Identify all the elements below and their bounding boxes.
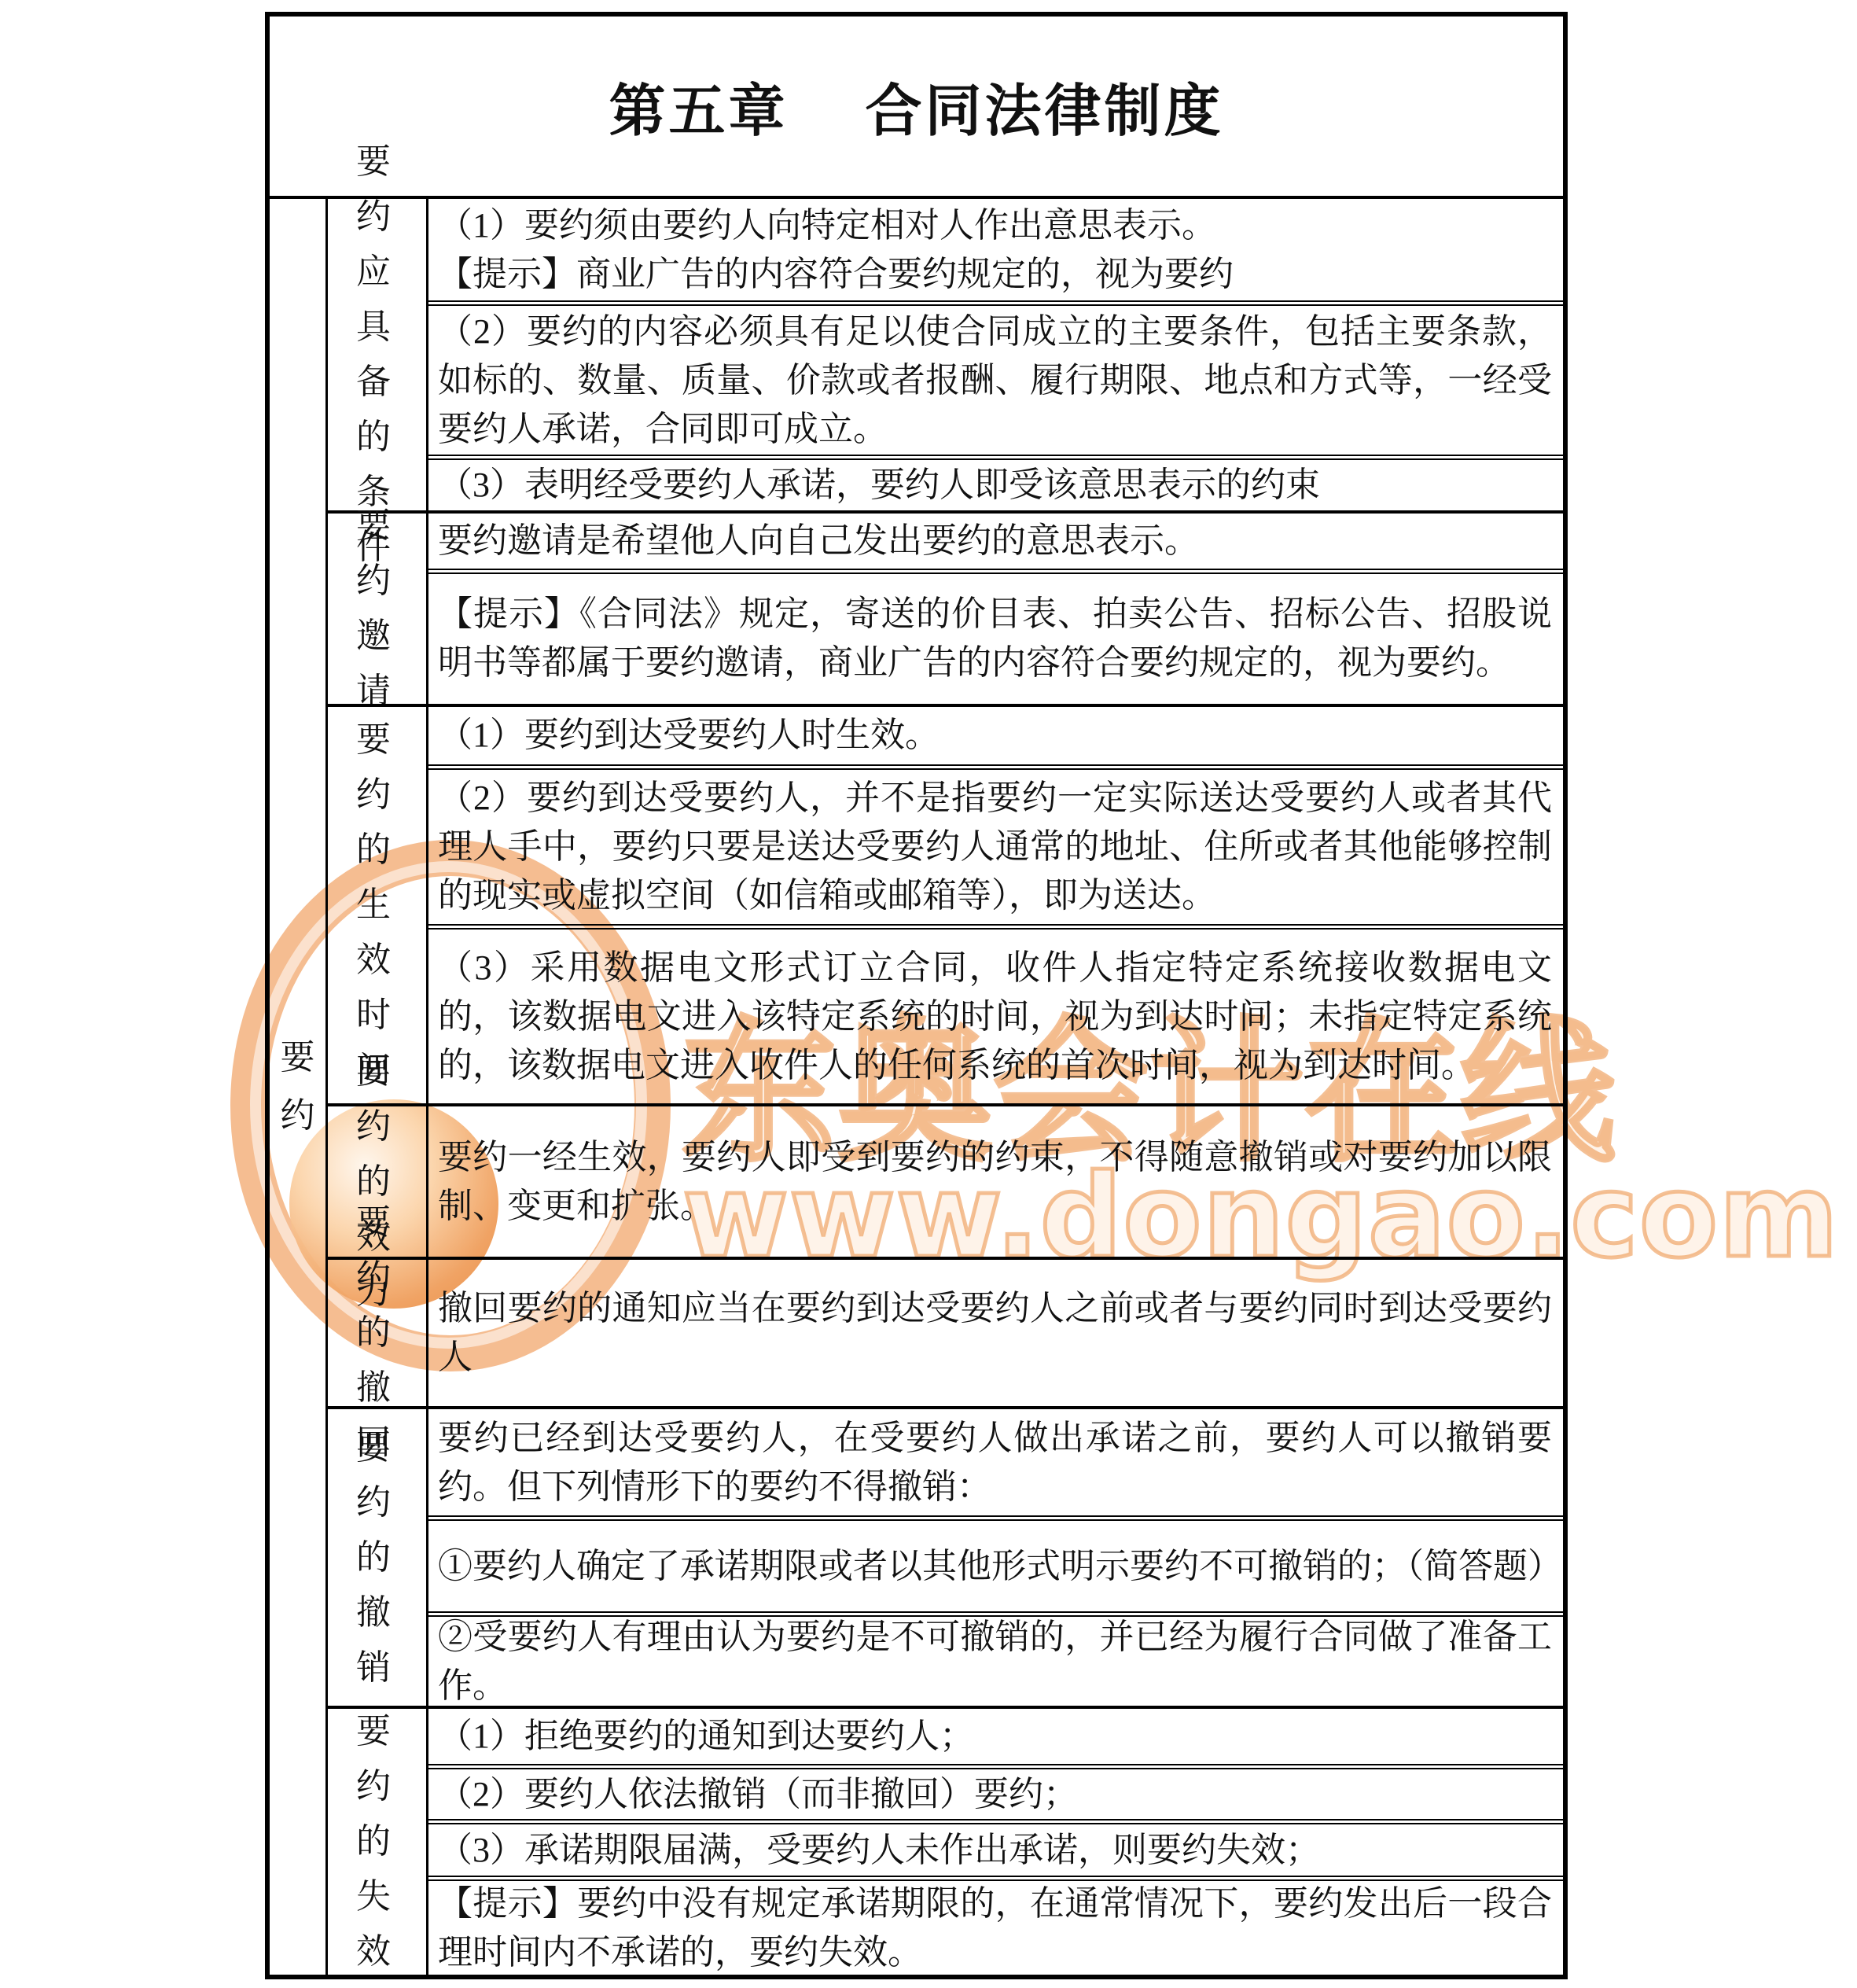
section-content: 要约邀请是希望他人向自己发出要约的意思表示。 【提示】《合同法》规定，寄送的价目…	[428, 514, 1563, 704]
page: 东奥会计在线 www.dongao.com 第五章 合同法律制度 要约 要约应具…	[0, 0, 1857, 1988]
section-label-cell: 要约应具备的条件	[328, 199, 428, 510]
section-content: （1）要约须由要约人向特定相对人作出意思表示。 【提示】商业广告的内容符合要约规…	[428, 199, 1563, 510]
cell-text: ②受要约人有理由认为要约是不可撤销的，并已经为履行合同做了准备工作。	[438, 1613, 1552, 1710]
row-group-label: 要约	[280, 1029, 316, 1145]
document-table: 第五章 合同法律制度 要约 要约应具备的条件 （1）要约须由要约人向特定相对人作…	[265, 12, 1568, 1979]
content-cell: ①要约人确定了承诺期限或者以其他形式明示要约不可撤销的；（简答题）	[428, 1515, 1563, 1611]
content-cell: 要约一经生效，要约人即受到要约的约束，不得随意撤销或对要约加以限制、变更和扩张。	[428, 1106, 1563, 1256]
section-row: 要约的撤销 要约已经到达受要约人，在受要约人做出承诺之前，要约人可以撤销要约。但…	[328, 1406, 1563, 1706]
cell-text: 【提示】《合同法》规定，寄送的价目表、拍卖公告、招标公告、招股说明书等都属于要约…	[438, 590, 1552, 687]
cell-text: 【提示】要约中没有规定承诺期限的，在通常情况下，要约发出后一段合理时间内不承诺的…	[438, 1879, 1552, 1977]
content-cell: 【提示】《合同法》规定，寄送的价目表、拍卖公告、招标公告、招股说明书等都属于要约…	[428, 569, 1563, 704]
cell-text: （3）采用数据电文形式订立合同，收件人指定特定系统接收数据电文的，该数据电文进入…	[438, 944, 1552, 1090]
content-cell: （1）要约须由要约人向特定相对人作出意思表示。 【提示】商业广告的内容符合要约规…	[428, 199, 1563, 300]
section-label: 要约的失效	[337, 1704, 417, 1979]
sections-column: 要约应具备的条件 （1）要约须由要约人向特定相对人作出意思表示。 【提示】商业广…	[328, 199, 1563, 1975]
cell-text: 要约已经到达受要约人，在受要约人做出承诺之前，要约人可以撤销要约。但下列情形下的…	[438, 1414, 1552, 1511]
section-content: 撤回要约的通知应当在要约到达受要约人之前或者与要约同时到达受要约人	[428, 1260, 1563, 1406]
section-label: 要约的生效时间	[337, 712, 417, 1098]
section-content: （1）要约到达受要约人时生效。 （2）要约到达受要约人，并不是指要约一定实际送达…	[428, 707, 1563, 1103]
section-row: 要约的生效时间 （1）要约到达受要约人时生效。 （2）要约到达受要约人，并不是指…	[328, 704, 1563, 1103]
cell-text: （2）要约到达受要约人，并不是指要约一定实际送达受要约人或者其代理人手中，要约只…	[438, 774, 1552, 920]
cell-text: 要约邀请是希望他人向自己发出要约的意思表示。	[438, 517, 1552, 565]
row-group-cell: 要约	[270, 199, 328, 1975]
section-label-cell: 要约的撤销	[328, 1409, 428, 1706]
content-cell: （2）要约的内容必须具有足以使合同成立的主要条件，包括主要条款，如标的、数量、质…	[428, 300, 1563, 455]
cell-text: （1）要约须由要约人向特定相对人作出意思表示。 【提示】商业广告的内容符合要约规…	[438, 201, 1552, 299]
section-row: 要约的撤回 撤回要约的通知应当在要约到达受要约人之前或者与要约同时到达受要约人	[328, 1257, 1563, 1406]
section-row: 要约的失效 （1）拒绝要约的通知到达要约人； （2）要约人依法撤销（而非撤回）要…	[328, 1706, 1563, 1975]
section-content: 要约已经到达受要约人，在受要约人做出承诺之前，要约人可以撤销要约。但下列情形下的…	[428, 1409, 1563, 1706]
cell-text: （2）要约人依法撤销（而非撤回）要约；	[438, 1770, 1552, 1819]
section-label-cell: 要约邀请	[328, 514, 428, 704]
content-cell: （1）拒绝要约的通知到达要约人；	[428, 1709, 1563, 1764]
section-row: 要约的效力 要约一经生效，要约人即受到要约的约束，不得随意撤销或对要约加以限制、…	[328, 1103, 1563, 1256]
content-cell: 要约已经到达受要约人，在受要约人做出承诺之前，要约人可以撤销要约。但下列情形下的…	[428, 1409, 1563, 1515]
content-cell: （2）要约人依法撤销（而非撤回）要约；	[428, 1764, 1563, 1819]
cell-text: ①要约人确定了承诺期限或者以其他形式明示要约不可撤销的；（简答题）	[438, 1542, 1552, 1591]
content-cell: 【提示】要约中没有规定承诺期限的，在通常情况下，要约发出后一段合理时间内不承诺的…	[428, 1876, 1563, 1975]
cell-text: （1）拒绝要约的通知到达要约人；	[438, 1712, 1552, 1761]
section-content: （1）拒绝要约的通知到达要约人； （2）要约人依法撤销（而非撤回）要约； （3）…	[428, 1709, 1563, 1975]
chapter-title: 第五章 合同法律制度	[609, 65, 1223, 147]
content-cell: （2）要约到达受要约人，并不是指要约一定实际送达受要约人或者其代理人手中，要约只…	[428, 764, 1563, 924]
section-content: 要约一经生效，要约人即受到要约的约束，不得随意撤销或对要约加以限制、变更和扩张。	[428, 1106, 1563, 1256]
content-cell: （3）承诺期限届满，受要约人未作出承诺，则要约失效；	[428, 1819, 1563, 1876]
section-row: 要约邀请 要约邀请是希望他人向自己发出要约的意思表示。 【提示】《合同法》规定，…	[328, 510, 1563, 704]
cell-text: 撤回要约的通知应当在要约到达受要约人之前或者与要约同时到达受要约人	[438, 1284, 1552, 1382]
cell-text: （1）要约到达受要约人时生效。	[438, 711, 1552, 760]
section-label: 要约的撤销	[337, 1420, 417, 1695]
section-label: 要约邀请	[337, 499, 417, 719]
content-cell: 要约邀请是希望他人向自己发出要约的意思表示。	[428, 514, 1563, 569]
cell-text: 要约一经生效，要约人即受到要约的约束，不得随意撤销或对要约加以限制、变更和扩张。	[438, 1133, 1552, 1231]
cell-text: （3）承诺期限届满，受要约人未作出承诺，则要约失效；	[438, 1826, 1552, 1875]
section-label-cell: 要约的失效	[328, 1709, 428, 1975]
content-cell: （1）要约到达受要约人时生效。	[428, 707, 1563, 764]
content-cell: 撤回要约的通知应当在要约到达受要约人之前或者与要约同时到达受要约人	[428, 1260, 1563, 1406]
offer-table: 要约 要约应具备的条件 （1）要约须由要约人向特定相对人作出意思表示。 【提示】…	[270, 199, 1563, 1975]
section-row: 要约应具备的条件 （1）要约须由要约人向特定相对人作出意思表示。 【提示】商业广…	[328, 199, 1563, 510]
cell-text: （3）表明经受要约人承诺，要约人即受该意思表示的约束	[438, 461, 1552, 510]
cell-text: （2）要约的内容必须具有足以使合同成立的主要条件，包括主要条款，如标的、数量、质…	[438, 307, 1552, 454]
content-cell: ②受要约人有理由认为要约是不可撤销的，并已经为履行合同做了准备工作。	[428, 1611, 1563, 1706]
content-cell: （3）表明经受要约人承诺，要约人即受该意思表示的约束	[428, 455, 1563, 510]
chapter-title-row: 第五章 合同法律制度	[270, 17, 1563, 199]
section-label-cell: 要约的撤回	[328, 1260, 428, 1406]
content-cell: （3）采用数据电文形式订立合同，收件人指定特定系统接收数据电文的，该数据电文进入…	[428, 924, 1563, 1103]
